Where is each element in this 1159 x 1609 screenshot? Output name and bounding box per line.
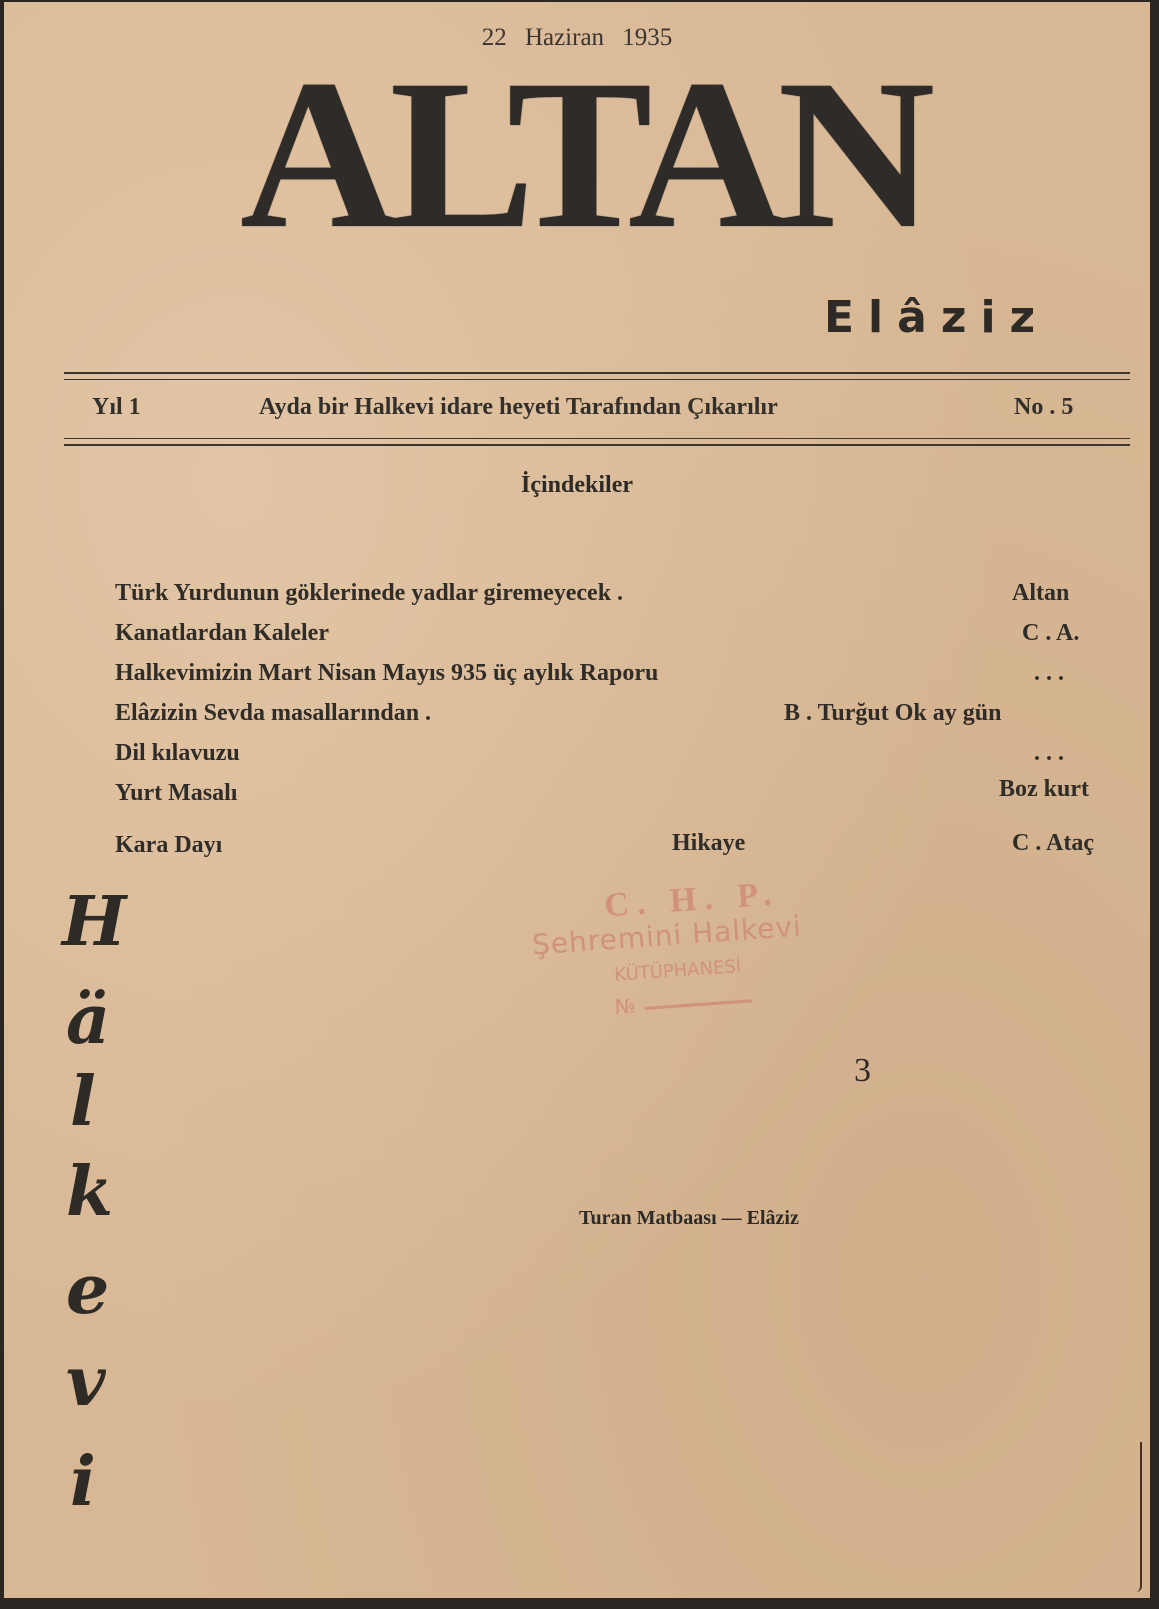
top-double-rule-1: [64, 372, 1130, 374]
toc-item-title: Halkevimizin Mart Nisan Mayıs 935 üç ayl…: [115, 660, 658, 687]
handwritten-number: 3: [854, 1052, 871, 1090]
printer-credit: Turan Matbaası — Elâziz: [579, 1207, 799, 1230]
toc-item-author: Boz kurt: [999, 776, 1089, 803]
toc-item-title: Türk Yurdunun göklerinede yadlar giremey…: [115, 580, 623, 607]
bottom-double-rule-1: [64, 438, 1130, 439]
toc-item-author: . . .: [1034, 660, 1064, 687]
publisher-description: Ayda bir Halkevi idare heyeti Tarafından…: [259, 394, 778, 421]
sidebar-letter: e: [66, 1250, 109, 1330]
stamp-line-3: KÜTÜPHANESİ: [614, 956, 742, 986]
stamp-number-line: [645, 999, 753, 1010]
toc-item-title: Kara Dayı: [115, 832, 222, 859]
info-bar: Yıl 1 Ayda bir Halkevi idare heyeti Tara…: [64, 394, 1130, 424]
bottom-double-rule-2: [64, 444, 1130, 446]
toc-item-title: Dil kılavuzu: [115, 740, 240, 767]
toc-item-author: . . .: [1034, 740, 1064, 767]
toc-heading: İçindekiler: [4, 472, 1150, 499]
magazine-cover: 22 Haziran 1935 ALTAN Elâziz Yıl 1 Ayda …: [4, 2, 1150, 1598]
issue-number: No . 5: [1014, 394, 1073, 421]
toc-item-author: Altan: [1012, 580, 1069, 607]
sidebar-letter: k: [66, 1152, 113, 1232]
toc-item-author: C . A.: [1022, 620, 1079, 647]
toc-item-title: Yurt Masalı: [115, 780, 237, 807]
sidebar-letter: H: [62, 882, 126, 962]
sidebar-letter: v: [66, 1342, 106, 1422]
top-double-rule-2: [64, 379, 1130, 380]
toc-item-title: Kanatlardan Kaleler: [115, 620, 329, 647]
city-name: Elâziz: [824, 292, 1049, 343]
toc-item-genre: Hikaye: [672, 830, 745, 857]
toc-item-author: B . Turğut Ok ay gün: [784, 700, 1001, 727]
sidebar-letter: l: [70, 1062, 96, 1142]
toc-item-title: Elâzizin Sevda masallarından .: [115, 700, 431, 727]
sidebar-letter: i: [70, 1442, 96, 1522]
masthead-title: ALTAN: [240, 70, 954, 240]
stamp-number-sign: №: [614, 994, 636, 1019]
year-label: Yıl 1: [92, 394, 141, 421]
page-edge-curl: [1136, 1442, 1142, 1592]
library-stamp: C. H. P. Şehremini Halkevi KÜTÜPHANESİ №: [528, 872, 839, 1063]
toc-item-author: C . Ataç: [1012, 830, 1094, 857]
sidebar-letter: ä: [66, 980, 110, 1060]
